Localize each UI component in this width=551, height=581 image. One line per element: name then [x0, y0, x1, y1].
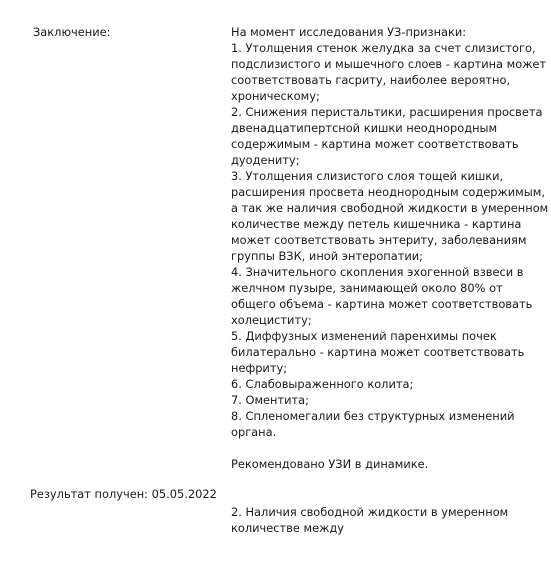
- conclusion-line: подслизистого и мышечного слоев - картин…: [231, 56, 546, 72]
- conclusion-line: 5. Диффузных изменений паренхимы почек: [231, 328, 546, 344]
- blank-line: [231, 472, 546, 488]
- conclusion-line: 2. Снижения перистальтики, расширения пр…: [231, 104, 546, 120]
- conclusion-line: количестве между: [231, 520, 546, 536]
- conclusion-line: органа.: [231, 424, 546, 440]
- conclusion-line: количестве между петель кишечника - карт…: [231, 216, 546, 232]
- conclusion-line: соответствовать гасриту, наиболее вероят…: [231, 72, 546, 88]
- conclusion-line: дуодениту;: [231, 152, 546, 168]
- conclusion-line: может соответствовать энтериту, заболева…: [231, 232, 546, 248]
- conclusion-line: На момент исследования УЗ-признаки:: [231, 24, 546, 40]
- conclusion-line: двенадцатипертсной кишки неоднородным: [231, 120, 546, 136]
- conclusion-line: 3. Утолщения слизистого слоя тощей кишки…: [231, 168, 546, 184]
- conclusion-line: Рекомендовано УЗИ в динамике.: [231, 456, 546, 472]
- conclusion-label: Заключение:: [33, 24, 110, 40]
- conclusion-line: 6. Слабовыраженного колита;: [231, 376, 546, 392]
- conclusion-line: расширения просвета неоднородным содержи…: [231, 184, 546, 200]
- conclusion-line: 7. Оментита;: [231, 392, 546, 408]
- conclusion-line: а так же наличия свободной жидкости в ум…: [231, 200, 546, 216]
- conclusion-text: На момент исследования УЗ-признаки:1. Ут…: [231, 24, 546, 536]
- blank-line: [231, 488, 546, 504]
- conclusion-line: общего объема - картина может соответств…: [231, 296, 546, 312]
- conclusion-line: 1. Утолщения стенок желудка за счет слиз…: [231, 40, 546, 56]
- conclusion-line: желчном пузыре, занимающей около 80% от: [231, 280, 546, 296]
- conclusion-line: 2. Наличия свободной жидкости в умеренно…: [231, 504, 546, 520]
- result-received-date: Результат получен: 05.05.2022: [30, 486, 217, 502]
- blank-line: [231, 440, 546, 456]
- conclusion-line: группы ВЗК, иной энтеропатии;: [231, 248, 546, 264]
- conclusion-line: содержимым - картина может соответствова…: [231, 136, 546, 152]
- conclusion-line: 4. Значительного скопления эхогенной взв…: [231, 264, 546, 280]
- conclusion-line: холециститу;: [231, 312, 546, 328]
- conclusion-line: 8. Спленомегалии без структурных изменен…: [231, 408, 546, 424]
- conclusion-line: билатерально - картина может соответство…: [231, 344, 546, 360]
- conclusion-line: нефриту;: [231, 360, 546, 376]
- conclusion-line: хроническому;: [231, 88, 546, 104]
